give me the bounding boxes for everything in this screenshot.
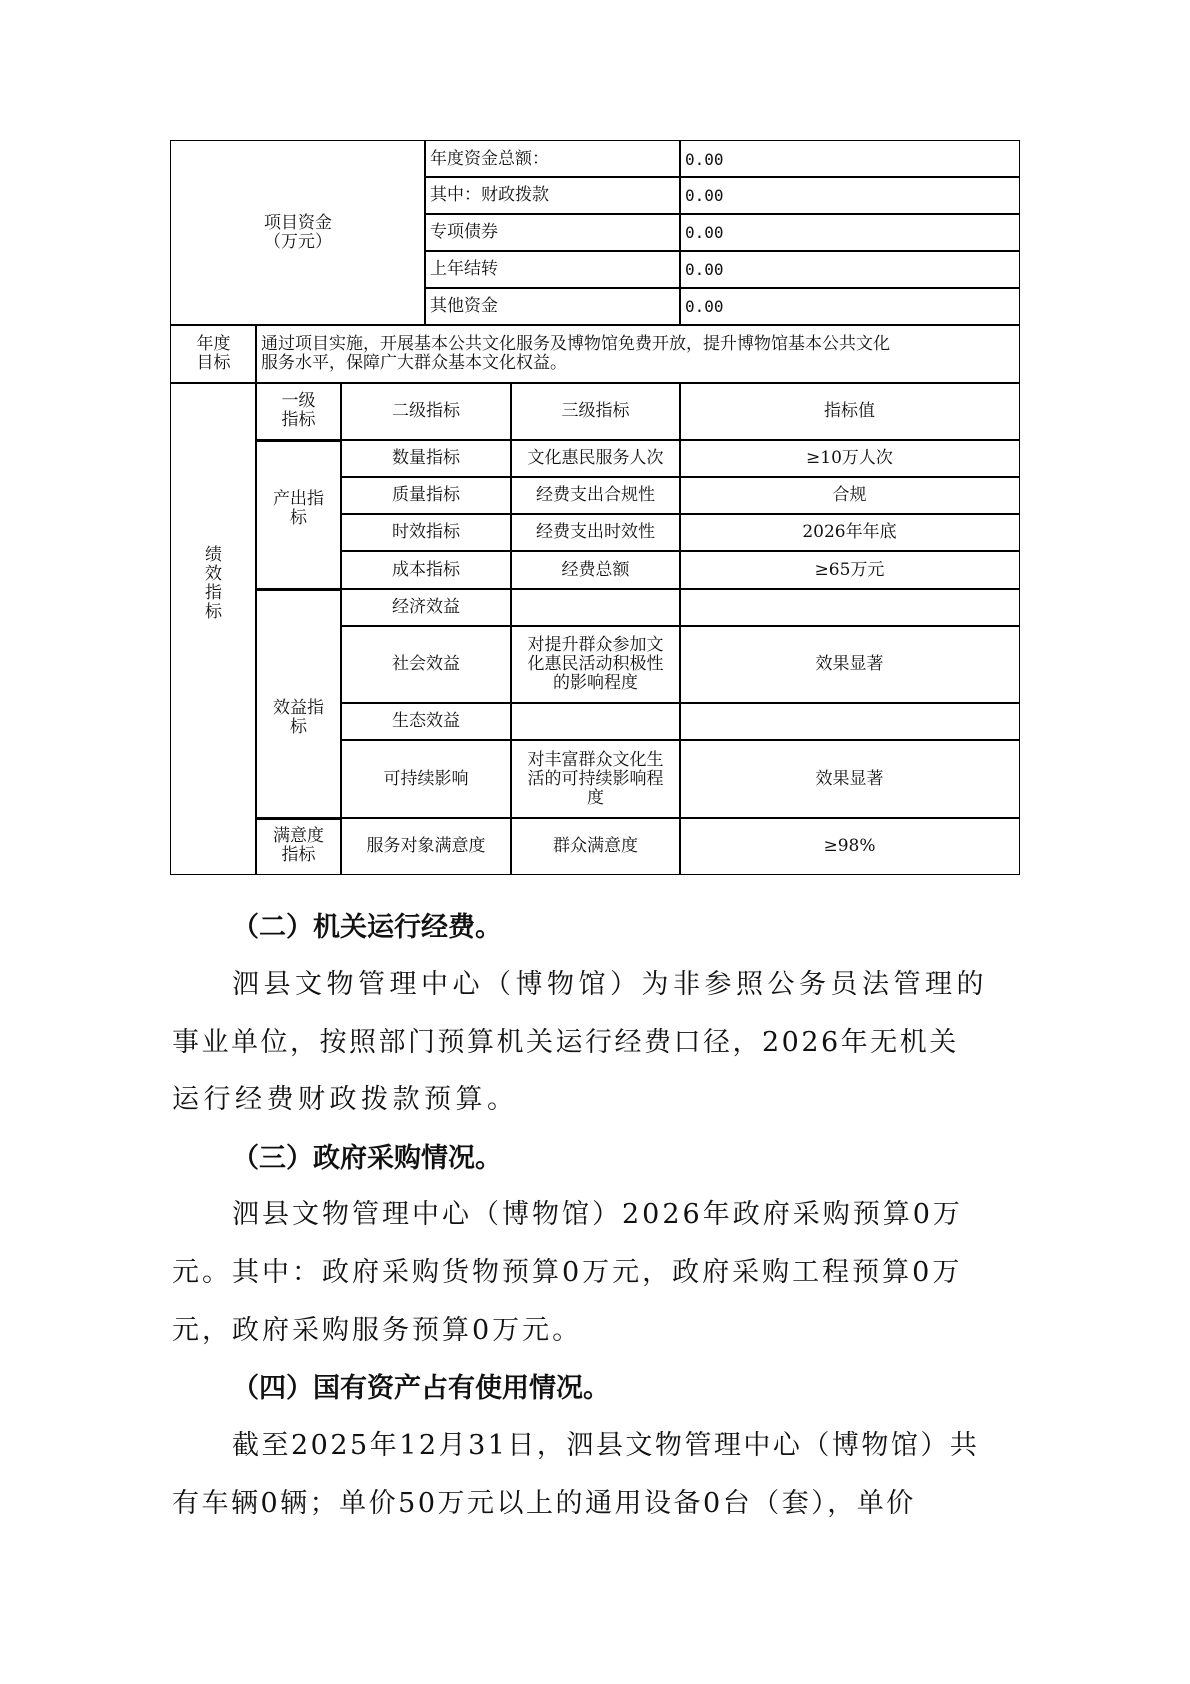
header-level2: 二级指标 <box>340 382 512 441</box>
goal-label-line1: 年度 <box>197 335 231 354</box>
benefit-value <box>679 702 1020 741</box>
benefit-level3: 对丰富群众文化生 活的可持续影响程 度 <box>510 739 681 819</box>
benefit-level3 <box>510 588 681 627</box>
group-satisfaction-label: 满意度 指标 <box>255 817 342 875</box>
benefit-level3-line: 对提升群众参加文 <box>528 636 664 655</box>
header-value: 指标值 <box>679 382 1020 441</box>
group-satisfaction-line2: 指标 <box>273 846 324 865</box>
funds-label-line1: 项目资金 <box>264 214 332 233</box>
goal-label-line2: 目标 <box>197 354 231 373</box>
benefit-level2: 社会效益 <box>340 625 512 704</box>
benefit-level3-line: 对丰富群众文化生 <box>528 751 664 770</box>
funds-row-name: 专项债券 <box>424 213 681 252</box>
benefit-level2: 生态效益 <box>340 702 512 741</box>
group-benefit-line1: 效益指 <box>273 699 324 718</box>
benefit-level3-line: 的影响程度 <box>528 674 664 693</box>
goal-text-line1: 通过项目实施，开展基本公共文化服务及博物馆免费开放，提升博物馆基本公共文化 <box>261 335 890 354</box>
project-performance-table: 项目资金 （万元） 年度资金总额： 0.00 其中：财政拨款 0.00 专项债券… <box>170 140 1020 875</box>
benefit-value: 效果显著 <box>679 625 1020 704</box>
performance-label-char: 效 <box>205 565 222 584</box>
header-level1: 一级 指标 <box>255 382 342 442</box>
group-benefit-line2: 标 <box>273 718 324 737</box>
paragraph-line: 元。其中：政府采购货物预算0万元，政府采购工程预算0万 <box>172 1250 1022 1289</box>
funds-row-name: 其他资金 <box>424 287 681 326</box>
funds-row-name: 上年结转 <box>424 250 681 289</box>
output-level2: 数量指标 <box>340 439 512 478</box>
paragraph-line: 元，政府采购服务预算0万元。 <box>172 1308 1022 1347</box>
output-value: ≥65万元 <box>679 550 1020 590</box>
output-level3: 文化惠民服务人次 <box>510 439 681 478</box>
group-benefit-label: 效益指 标 <box>255 588 342 820</box>
benefit-level3: 对提升群众参加文 化惠民活动积极性 的影响程度 <box>510 625 681 704</box>
performance-label-char: 绩 <box>205 546 222 565</box>
performance-label-char: 标 <box>205 603 222 622</box>
paragraph-line: 泗县文物管理中心（博物馆）2026年政府采购预算0万 <box>232 1192 1082 1231</box>
funds-row-value: 0.00 <box>679 140 1020 178</box>
funds-row-value: 0.00 <box>679 250 1020 289</box>
funds-row-value: 0.00 <box>679 287 1020 326</box>
output-level3: 经费总额 <box>510 550 681 590</box>
benefit-level3-line: 活的可持续影响程 <box>528 770 664 789</box>
benefit-level3-line: 化惠民活动积极性 <box>528 655 664 674</box>
output-level3: 经费支出合规性 <box>510 476 681 515</box>
benefit-value <box>679 588 1020 627</box>
output-level2: 时效指标 <box>340 513 512 552</box>
paragraph-line: 有车辆0辆；单价50万元以上的通用设备0台（套），单价 <box>172 1481 1022 1520</box>
output-value: 2026年年底 <box>679 513 1020 552</box>
benefit-level3 <box>510 702 681 741</box>
benefit-level2: 可持续影响 <box>340 739 512 819</box>
funds-label-line2: （万元） <box>264 233 332 252</box>
document-page: 项目资金 （万元） 年度资金总额： 0.00 其中：财政拨款 0.00 专项债券… <box>0 0 1190 1684</box>
funds-row-name: 年度资金总额： <box>424 140 681 178</box>
output-level2: 质量指标 <box>340 476 512 515</box>
group-output-line2: 标 <box>273 509 324 528</box>
benefit-value: 效果显著 <box>679 739 1020 819</box>
section-heading-2: （二）机关运行经费。 <box>232 905 502 944</box>
funds-row-name: 其中：财政拨款 <box>424 176 681 215</box>
goal-text-line2: 服务水平，保障广大群众基本文化权益。 <box>261 354 890 373</box>
group-output-label: 产出指 标 <box>255 440 342 591</box>
output-level3: 经费支出时效性 <box>510 513 681 552</box>
paragraph-line: 泗县文物管理中心（博物馆）为非参照公务员法管理的 <box>232 962 1082 1001</box>
section-heading-3: （三）政府采购情况。 <box>232 1136 502 1175</box>
section-heading-4: （四）国有资产占有使用情况。 <box>232 1366 610 1405</box>
funds-row-value: 0.00 <box>679 213 1020 252</box>
benefit-level3-line: 度 <box>528 789 664 808</box>
satisfaction-value: ≥98% <box>679 817 1020 875</box>
header-level3: 三级指标 <box>510 382 681 441</box>
funds-row-value: 0.00 <box>679 176 1020 215</box>
paragraph-line: 运行经费财政拨款预算。 <box>172 1077 1022 1116</box>
output-value: 合规 <box>679 476 1020 515</box>
funds-label-cell: 项目资金 （万元） <box>170 140 426 326</box>
header-level1-line1: 一级 <box>282 392 316 411</box>
paragraph-line: 事业单位，按照部门预算机关运行经费口径，2026年无机关 <box>172 1020 1022 1059</box>
group-output-line1: 产出指 <box>273 490 324 509</box>
goal-text-cell: 通过项目实施，开展基本公共文化服务及博物馆免费开放，提升博物馆基本公共文化 服务… <box>255 324 1020 384</box>
satisfaction-level3: 群众满意度 <box>510 817 681 875</box>
performance-label-cell: 绩 效 指 标 <box>170 382 257 875</box>
group-satisfaction-line1: 满意度 <box>273 827 324 846</box>
output-level2: 成本指标 <box>340 550 512 590</box>
satisfaction-level2: 服务对象满意度 <box>340 817 512 875</box>
goal-label-cell: 年度 目标 <box>170 324 257 384</box>
paragraph-line: 截至2025年12月31日，泗县文物管理中心（博物馆）共 <box>232 1423 1082 1462</box>
performance-label-char: 指 <box>205 584 222 603</box>
output-value: ≥10万人次 <box>679 439 1020 478</box>
benefit-level2: 经济效益 <box>340 588 512 627</box>
header-level1-line2: 指标 <box>282 411 316 430</box>
